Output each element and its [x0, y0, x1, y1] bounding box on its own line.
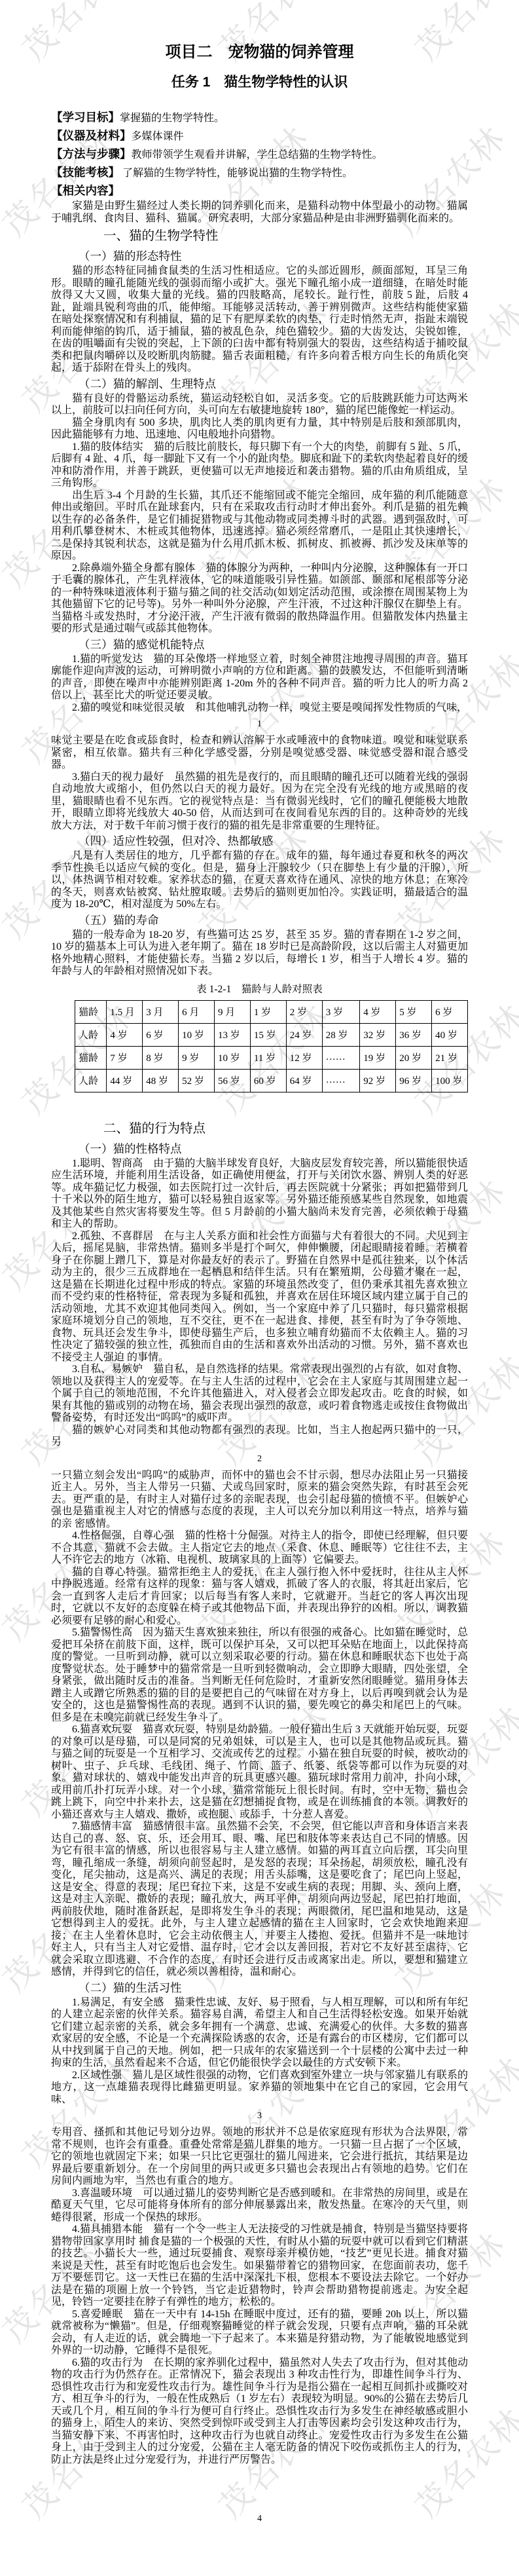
- meta-line: 【仪器及材料】多媒体课件: [51, 127, 468, 145]
- meta-label: 【方法与步骤】: [51, 147, 132, 160]
- table-cell: 3 岁: [322, 1000, 360, 1023]
- subsection-heading: （四）适应性较强，但对冷、热都敏感: [79, 833, 468, 849]
- meta-label: 【仪器及材料】: [51, 129, 132, 142]
- table-cell: 11 岁: [250, 1046, 286, 1069]
- table-cell: 8 岁: [143, 1046, 179, 1069]
- paragraph: 猫有良好的骨骼运动系统，猫运动轻松自如，灵活多变。它的后肢跳跃能力可达两米以上，…: [51, 393, 468, 417]
- subsection-heading: （一）猫的形态特性: [79, 248, 468, 264]
- table-cell: 21 岁: [432, 1046, 468, 1069]
- meta-line: 【相关内容】: [51, 182, 468, 200]
- table-row: 人龄44 岁48 岁52 岁56 岁60 岁64 岁……92 岁96 岁100 …: [75, 1069, 468, 1092]
- paragraph: 猫全身肌肉有 500 多块，肌肉比人类的肌肉更有力量，其中特别是后肢和颈部肌肉，…: [51, 417, 468, 441]
- paragraph-continued: 味觉主要是在吃食或舔食时，检查和辨认溶解于水或唾液中的食物味道。嗅觉和味觉联系紧…: [51, 735, 468, 772]
- page-number: 3: [51, 2108, 468, 2124]
- section-heading: 二、猫的行为特点: [103, 1121, 468, 1138]
- table-caption: 表 1-2-1 猫龄与人龄对照表: [51, 982, 468, 998]
- paragraph: 2.区域性强 猫儿是区域性很强的动物，它们喜欢到室外建立一块与邻家猫儿有联系的地…: [51, 2070, 468, 2106]
- table-cell: 猫龄: [75, 1046, 107, 1069]
- section-heading: 一、猫的生物学特性: [103, 228, 468, 245]
- meta-text: 教师带领学生观看并讲解，学生总结猫的生物学特性。: [132, 149, 383, 160]
- meta-label: 【技能考核】: [51, 166, 120, 179]
- table-cell: 4 岁: [107, 1023, 143, 1046]
- table-cell: 9 岁: [179, 1046, 215, 1069]
- table-cell: 52 岁: [179, 1069, 215, 1092]
- paragraph: 猫的一般寿命为 18-20 岁，有些猫可达 25 岁，甚至 35 岁。猫的青春期…: [51, 929, 468, 978]
- table-cell: 1 岁: [250, 1000, 286, 1023]
- table-row: 猫龄1.5 月3 月6 月9 月1 岁2 岁3 岁4 岁5 岁6 岁: [75, 1000, 468, 1023]
- paragraph: 7.猫感情丰富 猫感情很丰富。虽然猫不会笑，不会哭，但它能以声音和身体语言来表达…: [51, 1821, 468, 1979]
- meta-label: 【相关内容】: [51, 184, 120, 197]
- table-cell: 20 岁: [396, 1046, 432, 1069]
- paragraph: 猫的嫉妒心对同类和其他动物都有强烈的表现。比如，当主人抱起两只猫中的一只，另: [51, 1425, 468, 1449]
- table-cell: 猫龄: [75, 1000, 107, 1023]
- age-table: 猫龄1.5 月3 月6 月9 月1 岁2 岁3 岁4 岁5 岁6 岁人龄4 岁6…: [75, 1000, 468, 1092]
- table-cell: 4 岁: [360, 1000, 396, 1023]
- table-cell: 28 岁: [322, 1023, 360, 1046]
- paragraph: 2.孤独、不喜群居 在与主人关系方面和社会性方面猫与犬有着很大的不同。犬见到主人…: [51, 1231, 468, 1364]
- subsection-heading: （一）猫的性格特点: [79, 1141, 468, 1157]
- table-cell: 96 岁: [396, 1069, 432, 1092]
- meta-line: 【技能考核】 了解猫的生物学特性，能够说出猫的生物学特性。: [51, 164, 468, 182]
- table-cell: 92 岁: [360, 1069, 396, 1092]
- paragraph: 4.猫具捕猎本能 猫有一个令一些主人无法接受的习性就是捕食，特别是当猫坚持要将猎…: [51, 2224, 468, 2309]
- table-cell: 10 岁: [179, 1023, 215, 1046]
- table-cell: 60 岁: [250, 1069, 286, 1092]
- table-cell: 13 岁: [215, 1023, 251, 1046]
- paragraph: 1.猫的肢体结实 猫的后肢比前肢长，每只脚下有一个大的肉垫，前脚有 5 趾、5 …: [51, 441, 468, 490]
- table-cell: 48 岁: [143, 1069, 179, 1092]
- table-cell: 15 岁: [250, 1023, 286, 1046]
- table-row: 人龄4 岁6 岁10 岁13 岁15 岁24 岁28 岁32 岁36 岁40 岁: [75, 1023, 468, 1046]
- document-page: 茂名农林茂名农林茂名农林茂名农林茂名农林茂名农林茂名农林茂名农林茂名农林茂名农林…: [0, 0, 519, 2576]
- table-row: 猫龄7 岁8 岁9 岁10 岁11 岁12 岁……19 岁20 岁21 岁: [75, 1046, 468, 1069]
- paragraph: 2.猫的嗅觉和味觉很灵敏 和其他哺乳动物一样，嗅觉主要是嗅闻挥发性物质的气味，: [51, 702, 468, 715]
- paragraph: 1.易满足，有安全感 猫秉性忠诚、友好、易于照看，与人相互理解，可以和所有年纪的…: [51, 1997, 468, 2070]
- table-cell: 人龄: [75, 1069, 107, 1092]
- spacer: [51, 1098, 468, 1117]
- paragraph: 3.喜温暖环境 可以通过猫儿的姿势判断它是否感到暖和。在非常热的房间里，或是在酷…: [51, 2188, 468, 2224]
- table-cell: 40 岁: [432, 1023, 468, 1046]
- table-cell: 36 岁: [396, 1023, 432, 1046]
- meta-text: 了解猫的生物学特性，能够说出猫的生物学特性。: [120, 168, 353, 179]
- table-cell: 人龄: [75, 1023, 107, 1046]
- subsection-heading: （三）猫的感觉机能特点: [79, 637, 468, 652]
- table-cell: 19 岁: [360, 1046, 396, 1069]
- paragraph-continued: 专用音、搔抓和其他记号划分边界。领地的形状并不总是依家庭现有形状为合法界限，常常…: [51, 2127, 468, 2188]
- table-cell: 100 岁: [432, 1069, 468, 1092]
- paragraph: 1.猫的听觉发达 猫的耳朵像塔一样地竖立着，时刻全神贯注地搜寻周围的声音。猫耳廓…: [51, 654, 468, 702]
- table-cell: 56 岁: [215, 1069, 251, 1092]
- table-cell: 6 岁: [143, 1023, 179, 1046]
- paragraph: 猫的形态特征同捕食鼠类的生活习性相适应。它的头部近圆形，颜面部短，耳呈三角形。眼…: [51, 265, 468, 375]
- table-cell: 5 岁: [396, 1000, 432, 1023]
- subsection-heading: （二）猫的生活习性: [79, 1980, 468, 1996]
- table-cell: 10 岁: [215, 1046, 251, 1069]
- paragraph: 3.猫白天的视力最好 虽然猫的祖先是夜行的，而且眼睛的瞳孔还可以随着光线的强弱自…: [51, 772, 468, 832]
- page-subtitle: 任务 1 猫生物学特性的认识: [51, 73, 468, 92]
- paragraph: 猫的自尊心特强。猫常拒绝主人的爱抚，在主人强行抱入怀中爱抚时，往往从主人怀中挣脱…: [51, 1567, 468, 1628]
- table-cell: 7 岁: [107, 1046, 143, 1069]
- paragraph: 1.聪明、智商高 由于猫的大脑半球发育良好，大脑皮层发育较完善，所以猫能很快适应…: [51, 1158, 468, 1231]
- page-number: 2: [51, 1451, 468, 1467]
- document-content: 项目二 宠物猫的饲养管理 任务 1 猫生物学特性的认识 【学习目标】掌握猫的生物…: [0, 0, 519, 2466]
- table-cell: 1.5 月: [107, 1000, 143, 1023]
- table-cell: 6 月: [179, 1000, 215, 1023]
- document-flow: 【学习目标】掌握猫的生物学特性。【仪器及材料】多媒体课件【方法与步骤】教师带领学…: [51, 109, 468, 2466]
- subsection-heading: （五）猫的寿命: [79, 912, 468, 928]
- table-cell: 64 岁: [286, 1069, 322, 1092]
- table-cell: ……: [322, 1046, 360, 1069]
- paragraph: 家猫是由野生猫经过人类长期的饲养驯化而来，是猫科动物中体型最小的动物。猫属于哺乳…: [51, 200, 468, 225]
- table-cell: 3 月: [143, 1000, 179, 1023]
- paragraph: 6.猫喜欢玩耍 猫喜欢玩耍，特别是幼龄猫。一般仔猫出生后 3 天就能开始玩耍，玩…: [51, 1724, 468, 1821]
- meta-text: 多媒体课件: [132, 131, 184, 142]
- table-cell: 9 月: [215, 1000, 251, 1023]
- paragraph-continued: 一只猫立刻会发出“呜呜”的威胁声，而怀中的猫也会不甘示弱，想尽办法阻止另一只猫接…: [51, 1470, 468, 1531]
- page-title: 项目二 宠物猫的饲养管理: [51, 0, 468, 63]
- table-cell: 32 岁: [360, 1023, 396, 1046]
- table-cell: 6 岁: [432, 1000, 468, 1023]
- table-cell: 44 岁: [107, 1069, 143, 1092]
- meta-text: 掌握猫的生物学特性。: [120, 113, 224, 124]
- meta-line: 【方法与步骤】教师带领学生观看并讲解，学生总结猫的生物学特性。: [51, 145, 468, 164]
- paragraph: 5.喜爱睡眠 猫在一天中有 14-15h 在睡眠中度过，还有的猫，要睡 20h …: [51, 2309, 468, 2357]
- paragraph: 出生后 3-4 个月龄的生长猫，其爪还不能缩回或不能完全缩回，成年猫的利爪能随意…: [51, 490, 468, 563]
- table-cell: 12 岁: [286, 1046, 322, 1069]
- page-number: 4: [0, 2512, 519, 2526]
- subsection-heading: （二）猫的解剖、生理特点: [79, 376, 468, 392]
- paragraph: 2.除鼻端外猫全身都有腺体 猫的体腺分为两种，一种叫内分泌腺，这种腺体有一开口于…: [51, 563, 468, 635]
- paragraph: 4.性格倔强，自尊心强 猫的性格十分倔强。对待主人的指令，即使已经理解，但只要不…: [51, 1530, 468, 1567]
- paragraph: 3.自私、易嫉妒 猫自私，是自然选择的结果。常常表现出强烈的占有欲，如对食物、领…: [51, 1364, 468, 1425]
- table-cell: ……: [322, 1069, 360, 1092]
- paragraph: 5.猫警惕性高 因为猫天生喜欢独来独往，所以有很强的戒备心。比如猫在睡觉时，总爱…: [51, 1627, 468, 1724]
- page-number: 1: [51, 717, 468, 732]
- table-cell: 2 岁: [286, 1000, 322, 1023]
- paragraph: 凡是有人类居住的地方，几乎都有猫的存在。成年的猫，每年通过春夏和秋冬的两次季节性…: [51, 850, 468, 911]
- meta-line: 【学习目标】掌握猫的生物学特性。: [51, 109, 468, 127]
- table-cell: 24 岁: [286, 1023, 322, 1046]
- meta-label: 【学习目标】: [51, 111, 120, 124]
- paragraph: 6.猫的攻击行为 在长期的家养驯化过程中，猫虽然对人失去了攻击行为，但对其他动物…: [51, 2357, 468, 2467]
